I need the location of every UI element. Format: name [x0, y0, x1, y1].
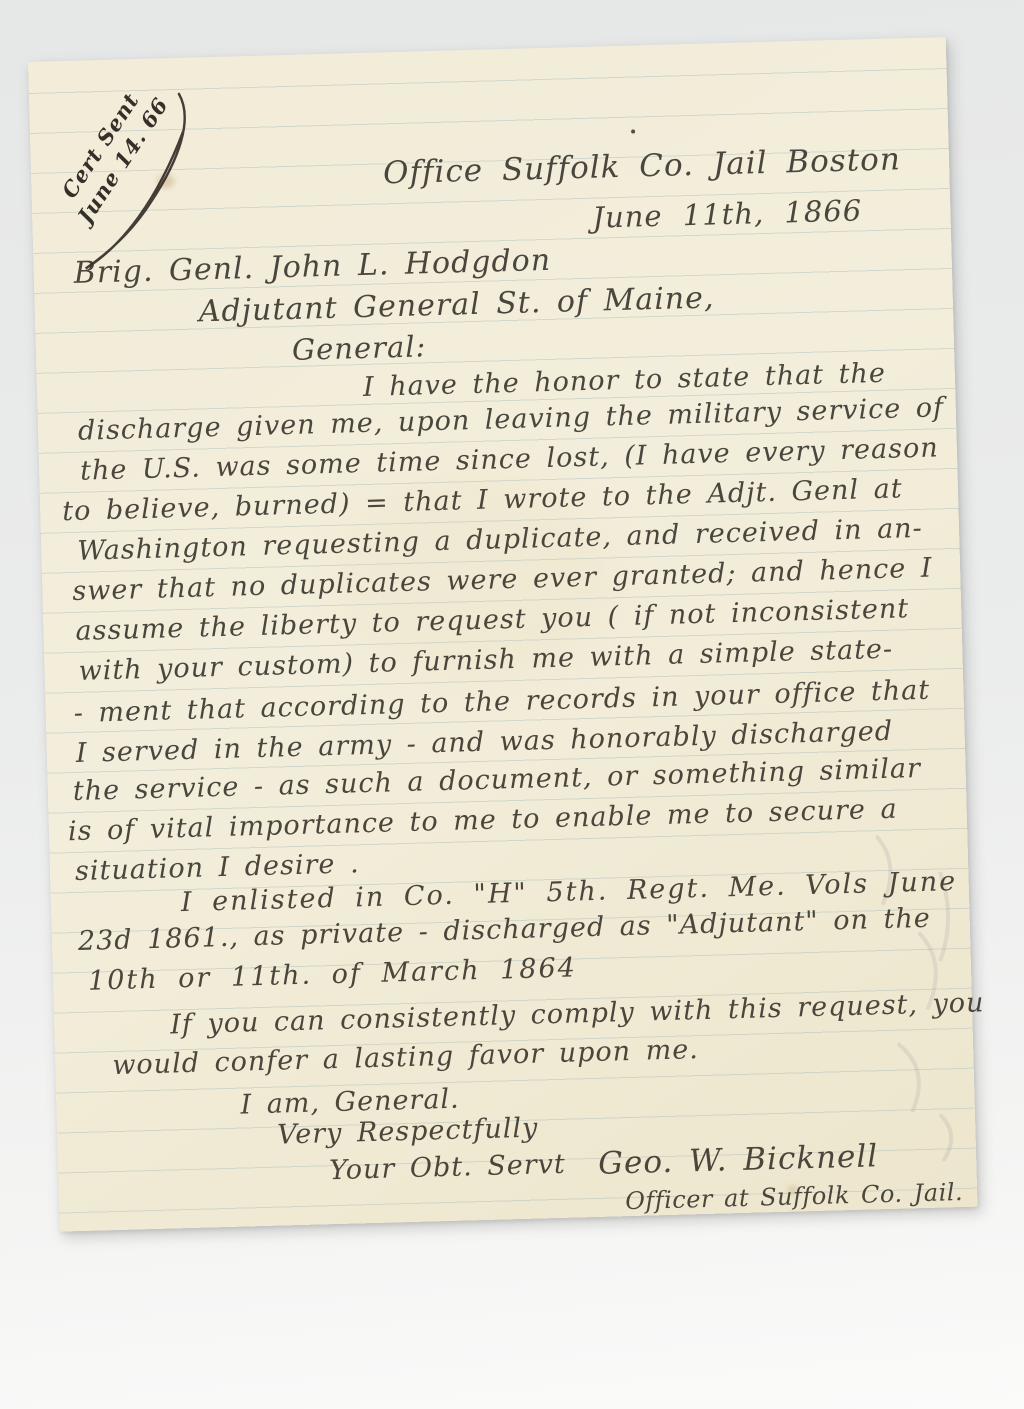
salutation: General:	[292, 331, 427, 367]
scan-background: Cert Sent June 14. 66 Office Suffolk Co.…	[0, 0, 1024, 1409]
annotation-flourish	[51, 85, 206, 279]
closing-line3: Your Obt. Servt	[329, 1150, 566, 1186]
letter-page: Cert Sent June 14. 66 Office Suffolk Co.…	[28, 37, 978, 1232]
signature-name: Geo. W. Bicknell	[598, 1139, 879, 1181]
